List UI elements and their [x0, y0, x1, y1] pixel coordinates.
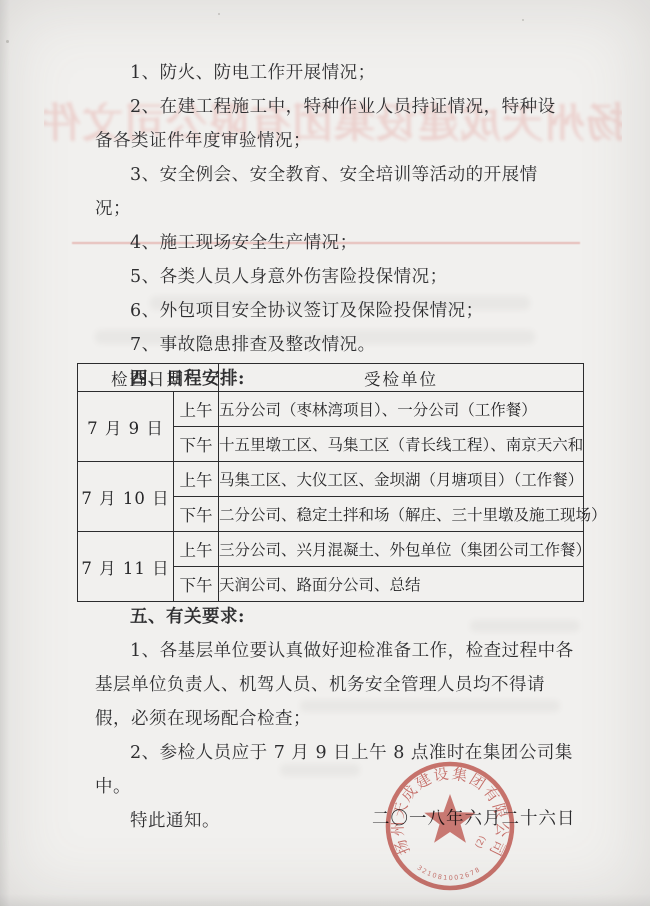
date-cell: 7 月 9 日 — [78, 392, 174, 462]
list-item: 6、外包项目安全协议签订及保险投保情况； — [95, 294, 573, 328]
header-inspected-units: 受检单位 — [219, 364, 584, 392]
list-item: 1、防火、防电工作开展情况； — [95, 56, 573, 90]
list-item: 4、施工现场安全生产情况； — [95, 226, 573, 260]
period-cell: 上午 — [174, 392, 219, 427]
table-row: 7 月 9 日 上午 五分公司（枣林湾项目）、一分公司（工作餐） — [78, 392, 584, 427]
requirement-paragraph: 1、各基层单位要认真做好迎检准备工作，检查过程中各基层单位负责人、机驾人员、机务… — [95, 634, 575, 736]
units-cell: 二分公司、稳定土拌和场（解庄、三十里墩及施工现场） — [219, 497, 584, 532]
table-row: 7 月 11 日 上午 三分公司、兴月混凝土、外包单位（集团公司工作餐） — [78, 532, 584, 567]
svg-text:321081002678: 321081002678 — [416, 864, 483, 882]
paper-edge-shadow — [0, 0, 10, 906]
period-cell: 下午 — [174, 427, 219, 462]
header-inspection-date: 检查日期 — [78, 364, 219, 392]
units-cell: 三分公司、兴月混凝土、外包单位（集团公司工作餐） — [219, 532, 584, 567]
inspection-items-list: 1、防火、防电工作开展情况； 2、在建工程施工中，特种作业人员持证情况，特种设备… — [95, 56, 573, 396]
period-cell: 上午 — [174, 532, 219, 567]
seal-star-icon — [424, 794, 475, 843]
list-item: 5、各类人员人身意外伤害险投保情况； — [95, 260, 573, 294]
paper-speck — [218, 13, 220, 15]
table-header-row: 检查日期 受检单位 — [78, 364, 584, 392]
list-item: 7、事故隐患排查及整改情况。 — [95, 328, 573, 362]
schedule-table-container: 检查日期 受检单位 7 月 9 日 上午 五分公司（枣林湾项目）、一分公司（工作… — [77, 363, 584, 602]
section-title-requirements: 五、有关要求: — [95, 600, 575, 634]
seal-number: (2) — [474, 834, 489, 850]
units-cell: 天润公司、路面分公司、总结 — [219, 567, 584, 602]
company-seal: 扬州天成建设集团有限公司 321081002678 (2) — [381, 757, 521, 901]
units-cell: 十五里墩工区、马集工区（青长线工程）、南京天六和 — [219, 427, 584, 462]
paper-speck — [6, 40, 9, 43]
list-item: 2、在建工程施工中，特种作业人员持证情况，特种设备各类证件年度审验情况； — [95, 90, 573, 158]
period-cell: 上午 — [174, 462, 219, 497]
paper-edge-shadow-bottom — [0, 894, 650, 906]
list-item: 3、安全例会、安全教育、安全培训等活动的开展情况； — [95, 158, 573, 226]
period-cell: 下午 — [174, 497, 219, 532]
period-cell: 下午 — [174, 567, 219, 602]
schedule-table: 检查日期 受检单位 7 月 9 日 上午 五分公司（枣林湾项目）、一分公司（工作… — [77, 363, 584, 602]
paper-speck — [522, 19, 524, 21]
date-cell: 7 月 11 日 — [78, 532, 174, 602]
units-cell: 五分公司（枣林湾项目）、一分公司（工作餐） — [219, 392, 584, 427]
document-page: 扬州天成建设集团有限公司文件 1、防火、防电工作开展情况； 2、在建工程施工中，… — [0, 0, 650, 906]
seal-serial: 321081002678 — [416, 864, 483, 882]
table-row: 7 月 10 日 上午 马集工区、大仪工区、金坝湖（月塘项目）（工作餐） — [78, 462, 584, 497]
date-cell: 7 月 10 日 — [78, 462, 174, 532]
units-cell: 马集工区、大仪工区、金坝湖（月塘项目）（工作餐） — [219, 462, 584, 497]
